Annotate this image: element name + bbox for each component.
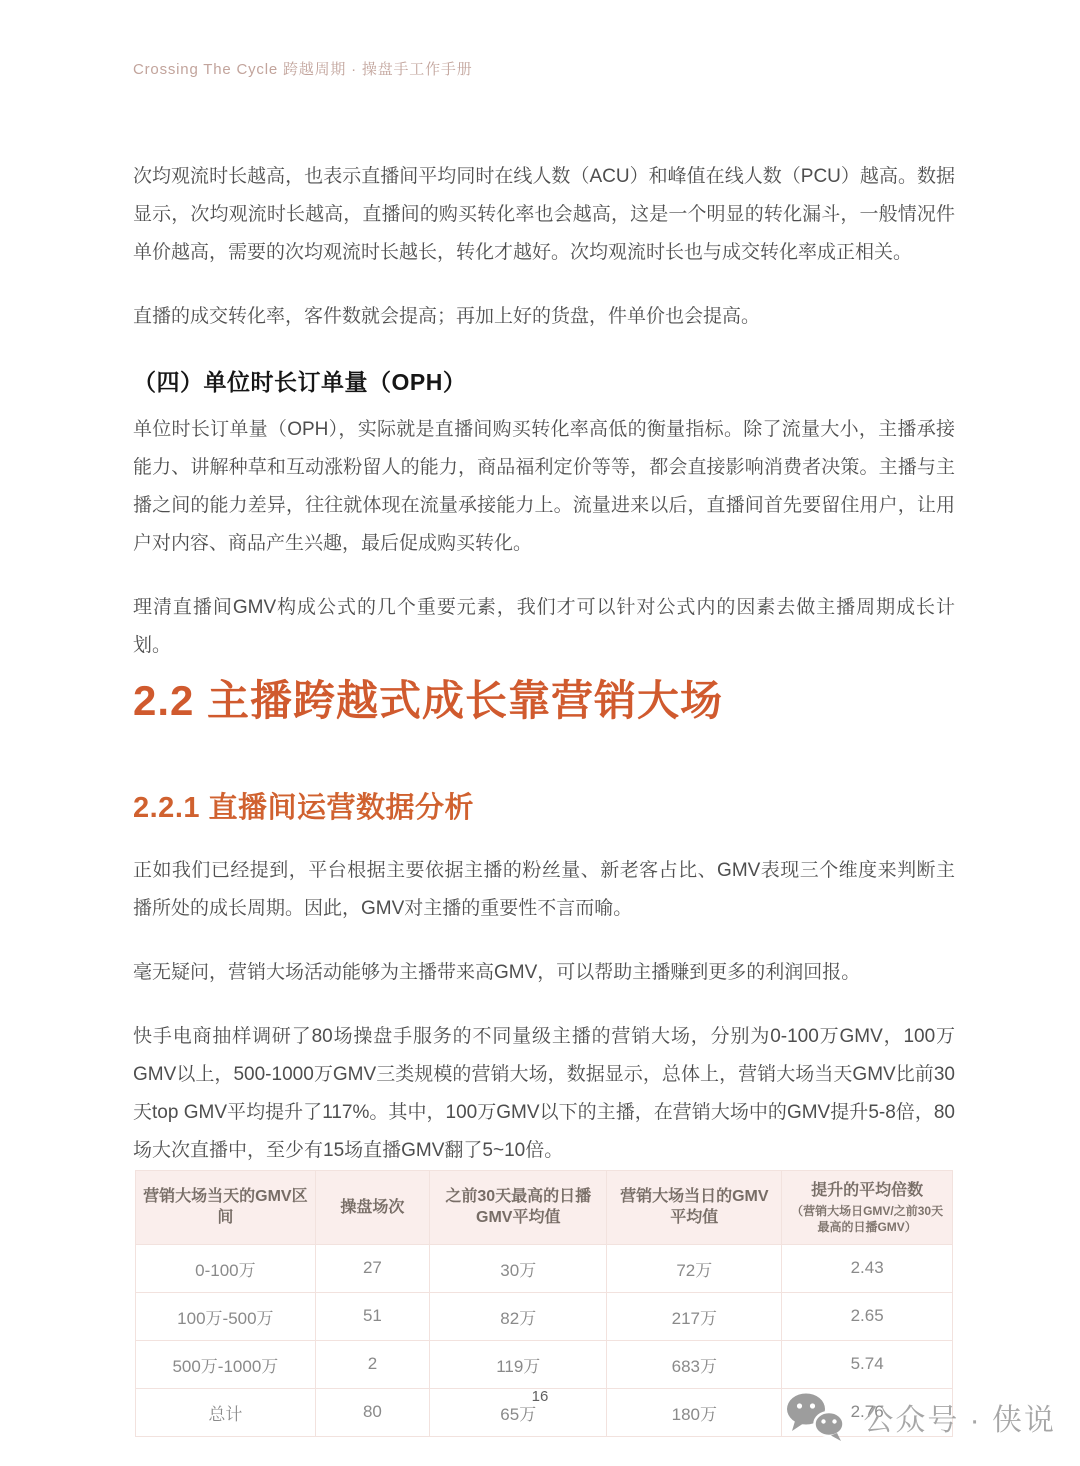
col-header-session-count: 操盘场次 — [315, 1171, 429, 1245]
table-header-row: 营销大场当天的GMV区间 操盘场次 之前30天最高的日播GMV平均值 营销大场当… — [136, 1171, 953, 1245]
cell-prev30-avg: 30万 — [430, 1244, 607, 1292]
cell-gmv-range: 500万-1000万 — [136, 1340, 316, 1388]
cell-session-count: 51 — [315, 1292, 429, 1340]
cell-prev30-avg: 82万 — [430, 1292, 607, 1340]
cell-event-day-avg: 683万 — [607, 1340, 782, 1388]
document-page: Crossing The Cycle 跨越周期 · 操盘手工作手册 次均观流时长… — [0, 0, 1080, 1466]
col-header-prev30-avg: 之前30天最高的日播GMV平均值 — [430, 1171, 607, 1245]
col-header-uplift-multiple: 提升的平均倍数 （营销大场日GMV/之前30天最高的日播GMV） — [782, 1171, 953, 1245]
content-block-1: 次均观流时长越高，也表示直播间平均同时在线人数（ACU）和峰值在线人数（PCU）… — [133, 158, 955, 691]
cell-uplift-multiple: 2.43 — [782, 1244, 953, 1292]
cell-session-count: 27 — [315, 1244, 429, 1292]
cell-prev30-avg: 119万 — [430, 1340, 607, 1388]
paragraph-acu-pcu: 次均观流时长越高，也表示直播间平均同时在线人数（ACU）和峰值在线人数（PCU）… — [133, 158, 955, 272]
section-title-2-2-1: 2.2.1 直播间运营数据分析 — [133, 785, 474, 826]
cell-session-count: 2 — [315, 1340, 429, 1388]
wechat-icon — [785, 1392, 847, 1442]
paragraph-survey-data: 快手电商抽样调研了80场操盘手服务的不同量级主播的营销大场，分别为0-100万G… — [133, 1018, 955, 1170]
col-header-uplift-subnote: （营销大场日GMV/之前30天最高的日播GMV） — [788, 1203, 946, 1235]
wechat-watermark: 公众号 · 侠说 — [785, 1392, 1056, 1442]
cell-event-day-avg: 72万 — [607, 1244, 782, 1292]
cell-event-day-avg: 217万 — [607, 1292, 782, 1340]
watermark-label: 公众号 · 侠说 — [863, 1395, 1056, 1439]
paragraph-gmv-formula: 理清直播间GMV构成公式的几个重要元素，我们才可以针对公式内的因素去做主播周期成… — [133, 589, 955, 665]
cell-uplift-multiple: 2.65 — [782, 1292, 953, 1340]
cell-gmv-range: 100万-500万 — [136, 1292, 316, 1340]
chapter-title-2-2: 2.2 主播跨越式成长靠营销大场 — [133, 668, 723, 728]
paragraph-conversion: 直播的成交转化率，客件数就会提高；再加上好的货盘，件单价也会提高。 — [133, 298, 955, 336]
running-header: Crossing The Cycle 跨越周期 · 操盘手工作手册 — [133, 58, 473, 79]
col-header-gmv-range: 营销大场当天的GMV区间 — [136, 1171, 316, 1245]
paragraph-oph-detail: 单位时长订单量（OPH），实际就是直播间购买转化率高低的衡量指标。除了流量大小，… — [133, 411, 955, 563]
cell-gmv-range: 0-100万 — [136, 1244, 316, 1292]
content-block-2: 正如我们已经提到，平台根据主要依据主播的粉丝量、新老客占比、GMV表现三个维度来… — [133, 852, 955, 1196]
table-row: 100万-500万 51 82万 217万 2.65 — [136, 1292, 953, 1340]
table-row: 500万-1000万 2 119万 683万 5.74 — [136, 1340, 953, 1388]
paragraph-growth-cycle: 正如我们已经提到，平台根据主要依据主播的粉丝量、新老客占比、GMV表现三个维度来… — [133, 852, 955, 928]
paragraph-marketing-event: 毫无疑问，营销大场活动能够为主播带来高GMV，可以帮助主播赚到更多的利润回报。 — [133, 954, 955, 992]
section-heading-oph: （四）单位时长订单量（OPH） — [133, 364, 955, 397]
col-header-event-day-avg: 营销大场当日的GMV平均值 — [607, 1171, 782, 1245]
cell-uplift-multiple: 5.74 — [782, 1340, 953, 1388]
table-row: 0-100万 27 30万 72万 2.43 — [136, 1244, 953, 1292]
